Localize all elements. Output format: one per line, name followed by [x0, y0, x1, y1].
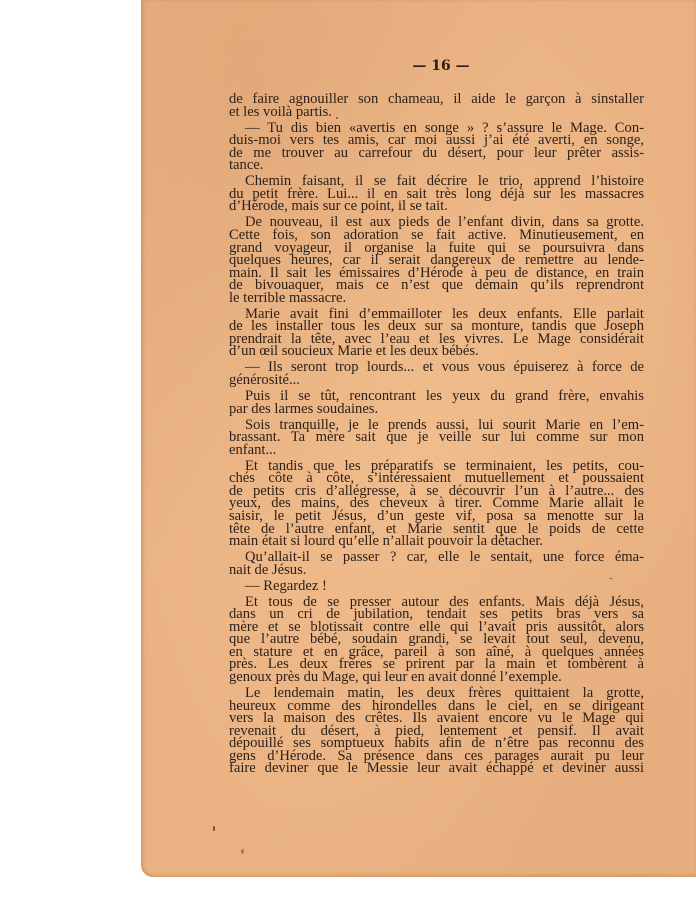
text-line: d’un œil soucieux Marie et les deux bébé…	[229, 345, 644, 358]
paragraph: Sois tranquille, je le prends aussi, lui…	[229, 419, 644, 457]
text-line: tance.	[229, 159, 644, 172]
paragraph: Et tous de se presser autour des enfants…	[229, 596, 644, 684]
text-line: — Regardez !	[229, 580, 644, 593]
paragraph: Et tandis que les préparatifs se termina…	[229, 460, 644, 548]
text-line: par des larmes soudaines.	[229, 403, 644, 416]
paragraph: De nouveau, il est aux pieds de l’enfant…	[229, 216, 644, 304]
text-line: main était si lourd qu’elle n’allait pou…	[229, 535, 644, 548]
scanned-page: — 16 — de faire agnouiller son chameau, …	[141, 0, 696, 877]
text-line: nait de Jésus.	[229, 564, 644, 577]
paragraph: de faire agnouiller son chameau, il aide…	[229, 93, 644, 118]
text-line: d’Hérode, mais sur ce point, il se tait.	[229, 200, 644, 213]
text-line: brassant. Ta mère sait que je veille sur…	[229, 431, 644, 444]
paragraph: Marie avait fini d’emmailloter les deux …	[229, 308, 644, 358]
text-line: générosité...	[229, 374, 644, 387]
paragraph: Puis il se tût, rencontrant les yeux du …	[229, 390, 644, 415]
text-line: faire deviner que le Messie leur avait é…	[229, 762, 644, 775]
body-text: de faire agnouiller son chameau, il aide…	[229, 93, 644, 778]
text-line: genoux près du Mage, qui leur en avait d…	[229, 671, 644, 684]
paper-speck	[213, 826, 215, 831]
paragraph: Chemin faisant, il se fait décrire le tr…	[229, 175, 644, 213]
paper-speck	[241, 849, 244, 854]
text-line: et les voilà partis.	[229, 106, 644, 119]
paragraph: — Regardez !	[229, 580, 644, 593]
paragraph: — Ils seront trop lourds... et vous vous…	[229, 361, 644, 386]
paper-speck	[336, 117, 338, 119]
text-line: enfant...	[229, 444, 644, 457]
text-line: de me trouver au carrefour du désert, po…	[229, 147, 644, 160]
paper-speck	[609, 578, 613, 579]
text-line: le terrible massacre.	[229, 292, 644, 305]
paragraph: — Tu dis bien «avertis en songe » ? s’as…	[229, 122, 644, 172]
paragraph: Le lendemain matin, les deux frères quit…	[229, 687, 644, 775]
page-number: — 16 —	[141, 58, 696, 74]
paragraph: Qu’allait-il se passer ? car, elle le se…	[229, 551, 644, 576]
